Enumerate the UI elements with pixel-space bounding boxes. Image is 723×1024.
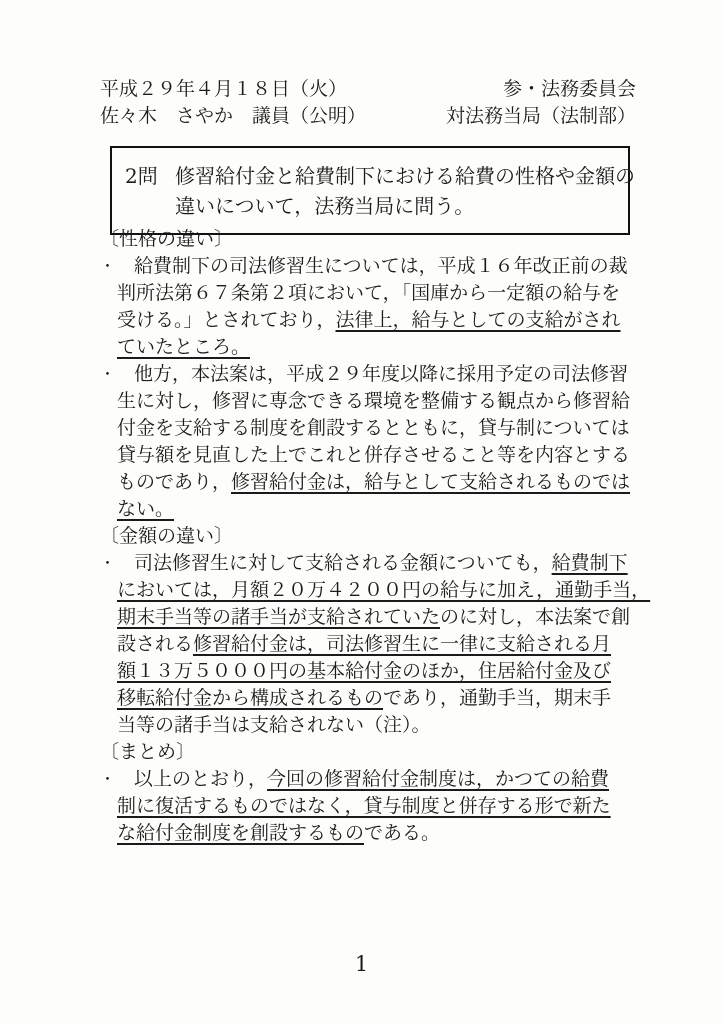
body-line: 制に復活するものではなく，貸与制度と併存する形で新た [0,793,723,820]
body-line: ・給費制下の司法修習生については，平成１６年改正前の裁 [0,253,723,280]
header-member: 佐々木 さやか 議員（公明） [100,103,366,130]
bullet-marker: ・ [100,253,134,280]
header-left-column: 平成２９年４月１８日（火） 佐々木 さやか 議員（公明） [100,76,366,130]
body-line: 移転給付金から構成されるものであり，通勤手当，期末手 [0,685,723,712]
body-line: 判所法第６７条第２項において，「国庫から一定額の給与を [0,280,723,307]
text-segment: 〔まとめ〕 [100,741,195,763]
body-line: 受ける。」とされており，法律上，給与としての支給がされ [0,307,723,334]
text-segment: 〔性格の違い〕 [100,228,233,250]
body-line: 当等の諸手当は支給されない（注）。 [0,712,723,739]
question-text-line1: 修習給付金と給費制下における給費の性格や金額の [175,161,635,191]
text-segment: 〔金額の違い〕 [100,525,233,547]
text-segment: であり，通勤手当，期末手 [383,687,611,709]
underlined-text-segment: 額１３万５０００円の基本給付金のほか，住居給付金及び [117,660,611,682]
underlined-text-segment: 法律上，給与としての支給がされ [336,309,621,331]
section-heading: 〔まとめ〕 [0,739,723,766]
underlined-text-segment: 今回の修習給付金制度は，かつての給費 [267,768,609,790]
underlined-text-segment: 移転給付金から構成されるもの [117,687,383,709]
question-text-line2: 違いについて，法務当局に問う。 [125,191,618,221]
text-segment: 給費制下の司法修習生については，平成１６年改正前の裁 [134,255,628,277]
underlined-text-segment: 期末手当等の諸手当が支給されていた [117,606,440,628]
bullet-marker: ・ [100,550,134,577]
underlined-text-segment: な給付金制度を創設するもの [117,822,364,844]
text-segment: 設される [117,633,193,655]
section-heading: 〔金額の違い〕 [0,523,723,550]
underlined-text-segment: 修習給付金は，給与として支給されるものでは [231,471,630,493]
document-page: 平成２９年４月１８日（火） 佐々木 さやか 議員（公明） 参・法務委員会 対法務… [0,0,723,1024]
underlined-text-segment: ていたところ。 [117,336,250,358]
body-line: 生に対し，修習に専念できる環境を整備する観点から修習給 [0,388,723,415]
body-line: においては，月額２０万４２００円の給与に加え，通勤手当， [0,577,723,604]
header-date: 平成２９年４月１８日（火） [100,76,366,103]
document-body: 〔性格の違い〕・給費制下の司法修習生については，平成１６年改正前の裁判所法第６７… [0,226,723,847]
bullet-marker: ・ [100,766,134,793]
body-line: 期末手当等の諸手当が支給されていたのに対し，本法案で創 [0,604,723,631]
underlined-text-segment: ない。 [117,498,174,520]
text-segment: 以上のとおり， [134,768,267,790]
body-line: ・他方，本法案は，平成２９年度以降に採用予定の司法修習 [0,361,723,388]
question-line-1: 2問 修習給付金と給費制下における給費の性格や金額の [125,161,618,191]
body-line: ていたところ。 [0,334,723,361]
document-header: 平成２９年４月１８日（火） 佐々木 さやか 議員（公明） 参・法務委員会 対法務… [100,76,636,130]
text-segment: 付金を支給する制度を創設するとともに，貸与制については [117,417,630,439]
text-segment: 判所法第６７条第２項において，「国庫から一定額の給与を [117,282,620,304]
body-line: 付金を支給する制度を創設するとともに，貸与制については [0,415,723,442]
body-line: ・司法修習生に対して支給される金額についても，給費制下 [0,550,723,577]
text-segment: 他方，本法案は，平成２９年度以降に採用予定の司法修習 [134,363,628,385]
text-segment: 貸与額を見直した上でこれと併存させること等を内容とする [117,444,630,466]
text-segment: のに対し，本法案で創 [440,606,630,628]
text-segment: 受ける。」とされており， [117,309,336,331]
text-segment: 生に対し，修習に専念できる環境を整備する観点から修習給 [117,390,630,412]
body-line: 額１３万５０００円の基本給付金のほか，住居給付金及び [0,658,723,685]
body-line: 設される修習給付金は，司法修習生に一律に支給される月 [0,631,723,658]
header-addressee: 対法務当局（法制部） [446,103,636,130]
page-number: 1 [0,952,723,976]
text-segment: 当等の諸手当は支給されない（注）。 [117,714,431,736]
text-segment: ものであり， [117,471,231,493]
text-segment: である。 [364,822,440,844]
body-line: ものであり，修習給付金は，給与として支給されるものでは [0,469,723,496]
underlined-text-segment: 給費制下 [552,552,628,574]
header-committee: 参・法務委員会 [446,76,636,103]
text-segment: 司法修習生に対して支給される金額についても， [134,552,552,574]
body-line: 貸与額を見直した上でこれと併存させること等を内容とする [0,442,723,469]
underlined-text-segment: 制に復活するものではなく，貸与制度と併存する形で新た [117,795,611,817]
section-heading: 〔性格の違い〕 [0,226,723,253]
body-line: ない。 [0,496,723,523]
underlined-text-segment: においては，月額２０万４２００円の給与に加え，通勤手当， [117,579,650,601]
body-line: な給付金制度を創設するものである。 [0,820,723,847]
question-box: 2問 修習給付金と給費制下における給費の性格や金額の 違いについて，法務当局に問… [110,146,630,235]
underlined-text-segment: 修習給付金は，司法修習生に一律に支給される月 [193,633,611,655]
question-number: 2問 [125,161,175,191]
bullet-marker: ・ [100,361,134,388]
header-right-column: 参・法務委員会 対法務当局（法制部） [446,76,636,130]
body-line: ・以上のとおり，今回の修習給付金制度は，かつての給費 [0,766,723,793]
